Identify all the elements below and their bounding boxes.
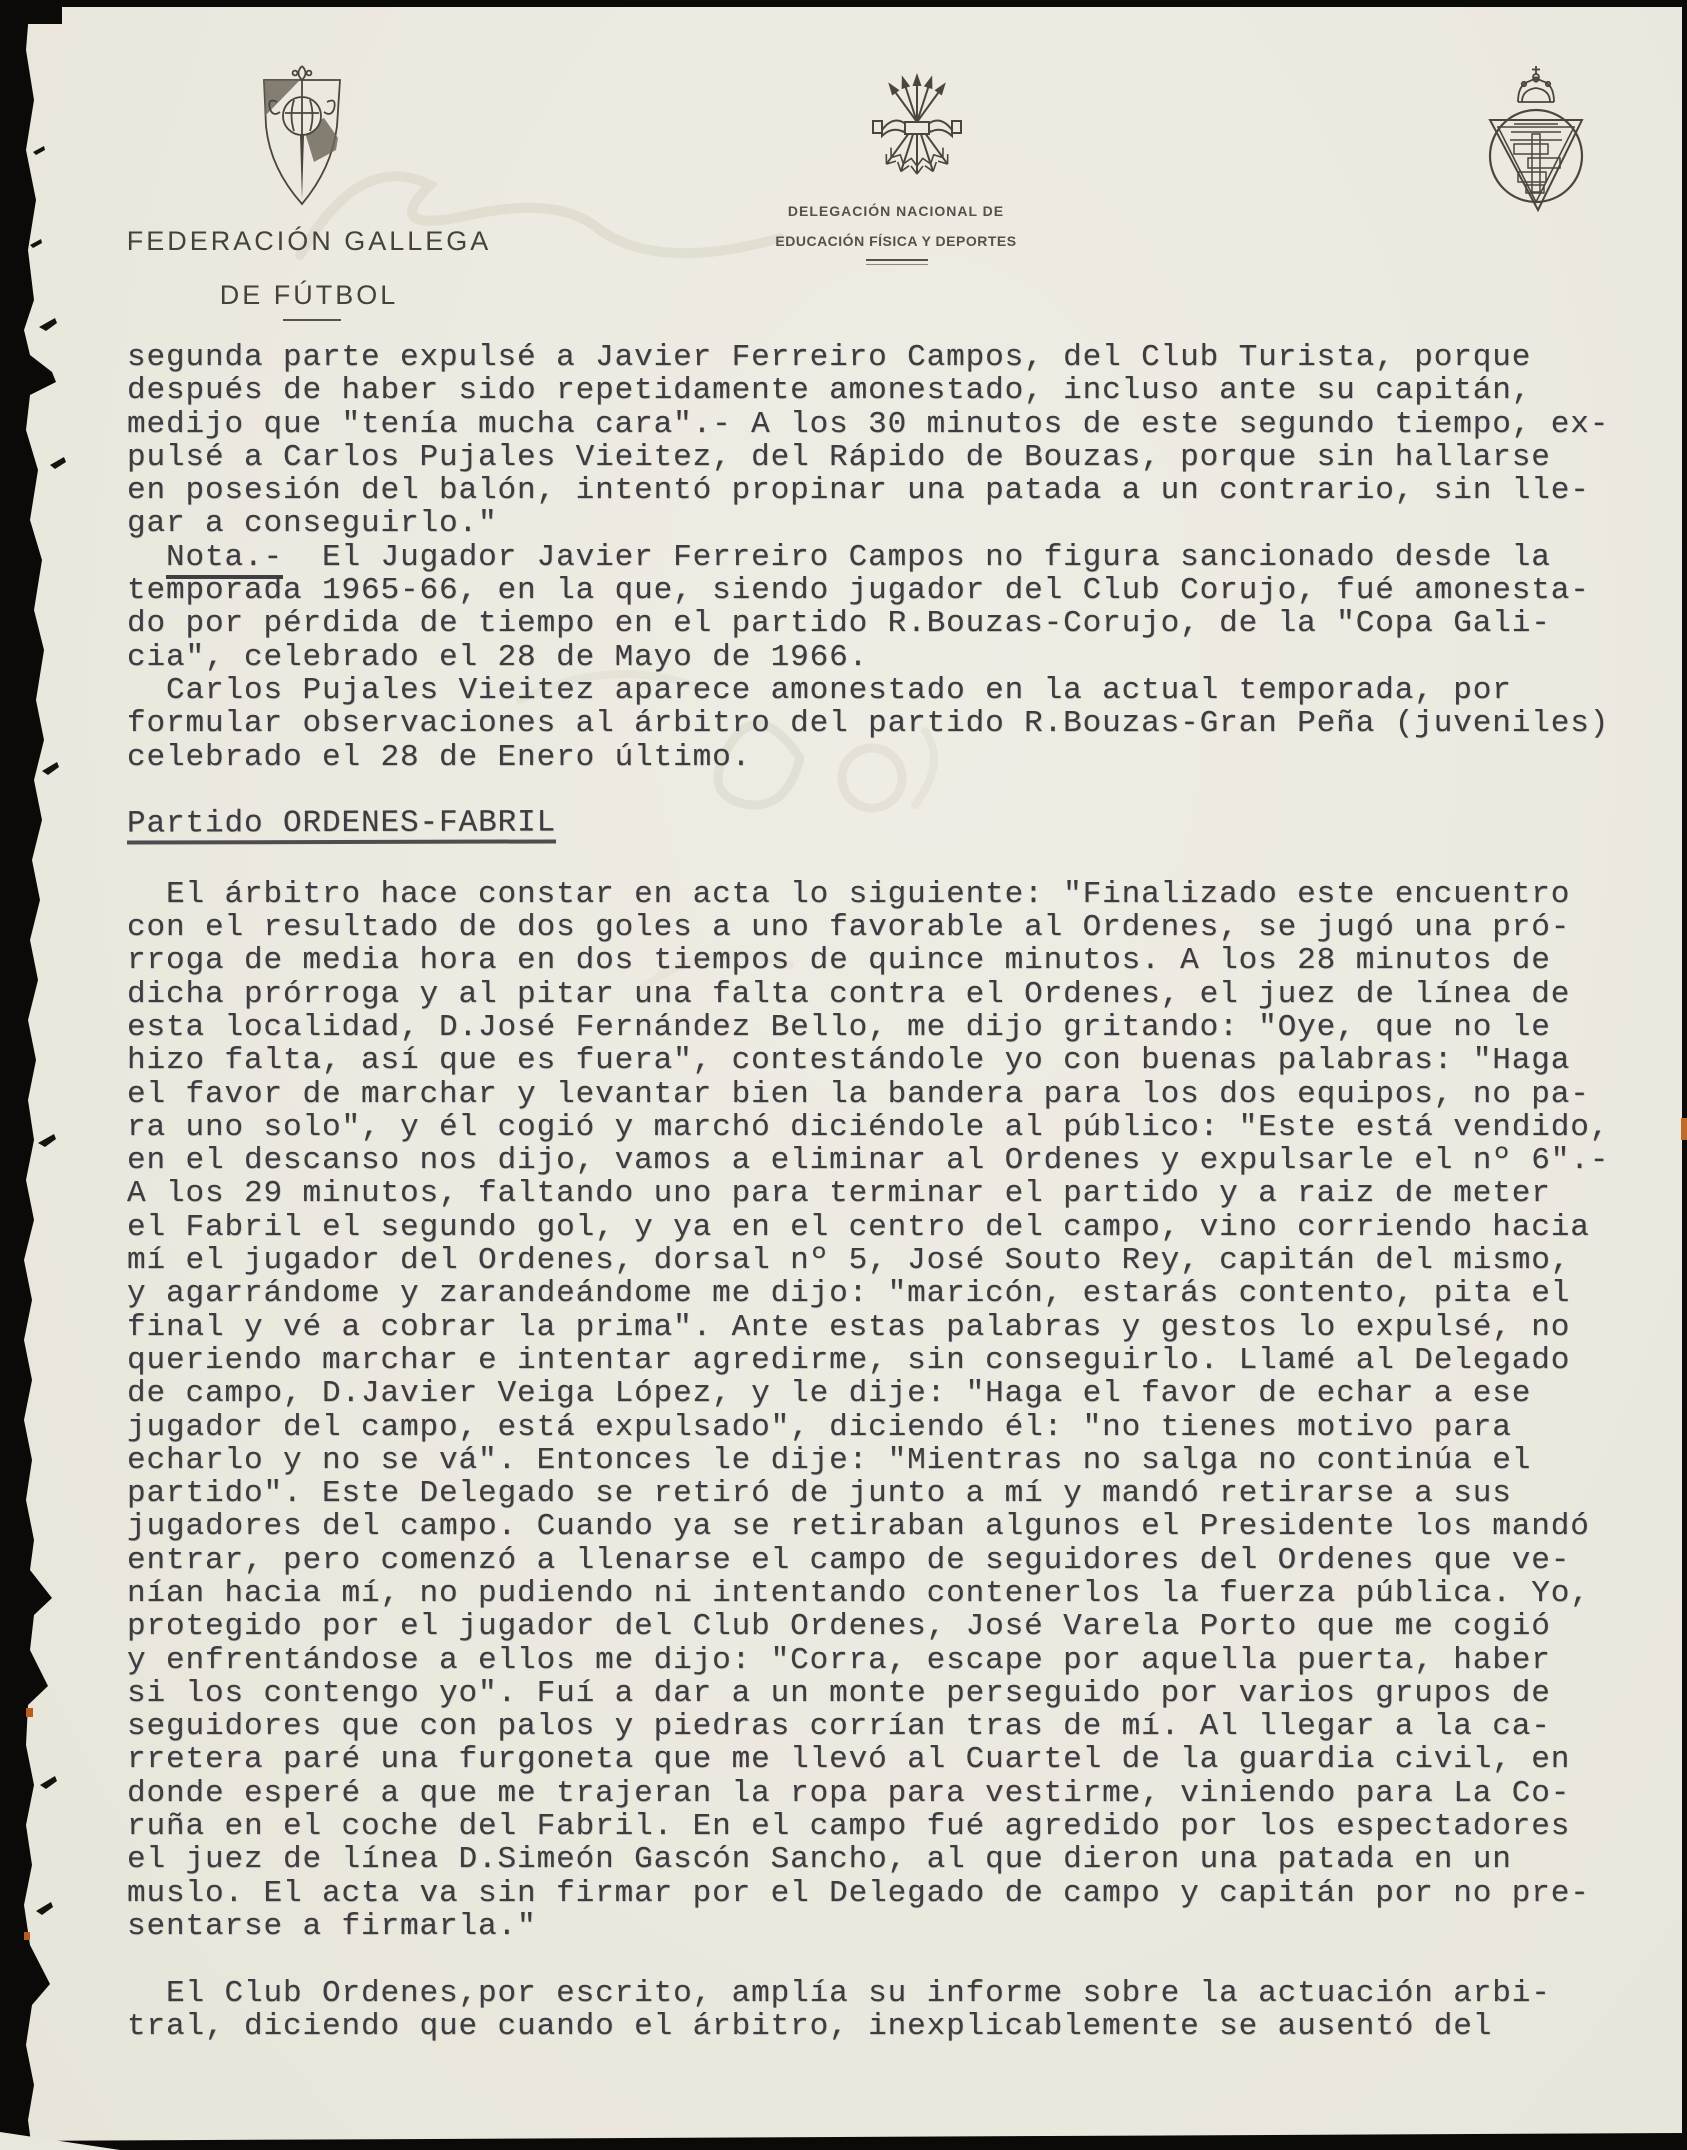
typed-line: seguidores que con palos y piedras corrí… xyxy=(127,1710,1657,1743)
right-scan-strip xyxy=(1682,0,1687,2150)
typed-line: entrar, pero comenzó a llenarse el campo… xyxy=(127,1544,1657,1577)
typed-line: pulsé a Carlos Pujales Vieitez, del Rápi… xyxy=(127,441,1657,474)
edge-fleck-orange xyxy=(1681,1118,1687,1140)
typed-line: protegido por el jugador del Club Ordene… xyxy=(127,1610,1657,1643)
typed-line: Carlos Pujales Vieitez aparece amonestad… xyxy=(127,674,1657,707)
scanned-document-page: FEDERACIÓN GALLEGA DE FÚTBOL xyxy=(0,0,1687,2150)
typed-line: mí el jugador del Ordenes, dorsal nº 5, … xyxy=(127,1244,1657,1277)
typed-line: do por pérdida de tiempo en el partido R… xyxy=(127,607,1657,640)
paragraph-club-ordenes: El Club Ordenes,por escrito, amplía su i… xyxy=(127,1977,1657,2044)
typed-line: queriendo marchar e intentar agredirme, … xyxy=(127,1344,1657,1377)
bottom-left-paper-corner xyxy=(0,2132,120,2150)
typed-line: El árbitro hace constar en acta lo sigui… xyxy=(127,878,1657,911)
galician-federation-crest-icon xyxy=(250,64,354,214)
typed-line: ra uno solo", y él cogió y marchó dicién… xyxy=(127,1111,1657,1144)
top-scan-bar xyxy=(0,0,1687,7)
nota-continuation: temporada 1965-66, en la que, siendo jug… xyxy=(127,574,1657,674)
typewritten-body: segunda parte expulsé a Javier Ferreiro … xyxy=(127,341,1657,2043)
typed-line: con el resultado de dos goles a uno favo… xyxy=(127,911,1657,944)
paragraph-expulsions: segunda parte expulsé a Javier Ferreiro … xyxy=(127,341,1657,541)
typed-line: final y vé a cobrar la prima". Ante esta… xyxy=(127,1311,1657,1344)
torn-left-edge xyxy=(0,0,56,2150)
left-header-rule xyxy=(283,319,341,321)
typed-line: segunda parte expulsé a Javier Ferreiro … xyxy=(127,341,1657,374)
typed-line: el favor de marchar y levantar bien la b… xyxy=(127,1078,1657,1111)
typed-line: cia", celebrado el 28 de Mayo de 1966. xyxy=(127,641,1657,674)
center-header-rule xyxy=(866,259,928,265)
royal-spanish-federation-crest-icon xyxy=(1484,64,1588,214)
paragraph-referee-report: El árbitro hace constar en acta lo sigui… xyxy=(127,878,1657,1944)
hole-punch-flecks xyxy=(24,146,66,1940)
typed-line: y enfrentándose a ellos me dijo: "Corra,… xyxy=(127,1644,1657,1677)
typed-line: hizo falta, así que es fuera", contestán… xyxy=(127,1044,1657,1077)
typed-line: dicha prórroga y al pitar una falta cont… xyxy=(127,978,1657,1011)
top-left-corner-black xyxy=(0,0,62,24)
typed-line: el juez de línea D.Simeón Gascón Sancho,… xyxy=(127,1843,1657,1876)
delegation-line2: EDUCACIÓN FÍSICA Y DEPORTES xyxy=(745,233,1047,249)
paragraph-nota: Nota.- El Jugador Javier Ferreiro Campos… xyxy=(127,541,1657,674)
typed-line: si los contengo yo". Fuí a dar a un mont… xyxy=(127,1677,1657,1710)
nota-first-line: Nota.- El Jugador Javier Ferreiro Campos… xyxy=(127,541,1657,574)
typed-line: jugador del campo, está expulsado", dici… xyxy=(127,1411,1657,1444)
typed-line: partido". Este Delegado se retiró de jun… xyxy=(127,1477,1657,1510)
typed-line: el Fabril el segundo gol, y ya en el cen… xyxy=(127,1211,1657,1244)
typed-line: ruña en el coche del Fabril. En el campo… xyxy=(127,1810,1657,1843)
typed-line: en el descanso nos dijo, vamos a elimina… xyxy=(127,1144,1657,1177)
typed-line: nían hacia mí, no pudiendo ni intentando… xyxy=(127,1577,1657,1610)
typed-line: medijo que "tenía mucha cara".- A los 30… xyxy=(127,408,1657,441)
typed-line: muslo. El acta va sin firmar por el Dele… xyxy=(127,1877,1657,1910)
paragraph-carlos-pujales: Carlos Pujales Vieitez aparece amonestad… xyxy=(127,674,1657,774)
typed-line: después de haber sido repetidamente amon… xyxy=(127,374,1657,407)
typed-line: en posesión del balón, intentó propinar … xyxy=(127,474,1657,507)
typed-line: de campo, D.Javier Veiga López, y le dij… xyxy=(127,1377,1657,1410)
typed-line: y agarrándome y zarandeándome me dijo: "… xyxy=(127,1277,1657,1310)
typed-line: echarlo y no se vá". Entonces le dije: "… xyxy=(127,1444,1657,1477)
bottom-scan-bar xyxy=(0,2133,1687,2150)
typed-line: rroga de media hora en dos tiempos de qu… xyxy=(127,944,1657,977)
typed-line: esta localidad, D.José Fernández Bello, … xyxy=(127,1011,1657,1044)
delegation-line1: DELEGACIÓN NACIONAL DE xyxy=(765,203,1027,219)
nota-first-rest: El Jugador Javier Ferreiro Campos no fig… xyxy=(283,540,1551,575)
org-name-line2: DE FÚTBOL xyxy=(110,280,508,311)
typed-line: jugadores del campo. Cuando ya se retira… xyxy=(127,1510,1657,1543)
typed-line: tral, diciendo que cuando el árbitro, in… xyxy=(127,2010,1657,2043)
section-heading: Partido ORDENES-FABRIL xyxy=(127,807,556,845)
yoke-and-arrows-icon xyxy=(871,70,963,186)
typed-line: celebrado el 28 de Enero último. xyxy=(127,741,1657,774)
typed-line: donde esperé a que me trajeran la ropa p… xyxy=(127,1777,1657,1810)
typed-line: El Club Ordenes,por escrito, amplía su i… xyxy=(127,1977,1657,2010)
typed-line: temporada 1965-66, en la que, siendo jug… xyxy=(127,574,1657,607)
typed-line: A los 29 minutos, faltando uno para term… xyxy=(127,1177,1657,1210)
typed-line: gar a conseguirlo." xyxy=(127,507,1657,540)
typed-line: sentarse a firmarla." xyxy=(127,1910,1657,1943)
org-name-line1: FEDERACIÓN GALLEGA xyxy=(110,226,508,257)
typed-line: rretera paré una furgoneta que me llevó … xyxy=(127,1743,1657,1776)
typed-line: formular observaciones al árbitro del pa… xyxy=(127,707,1657,740)
